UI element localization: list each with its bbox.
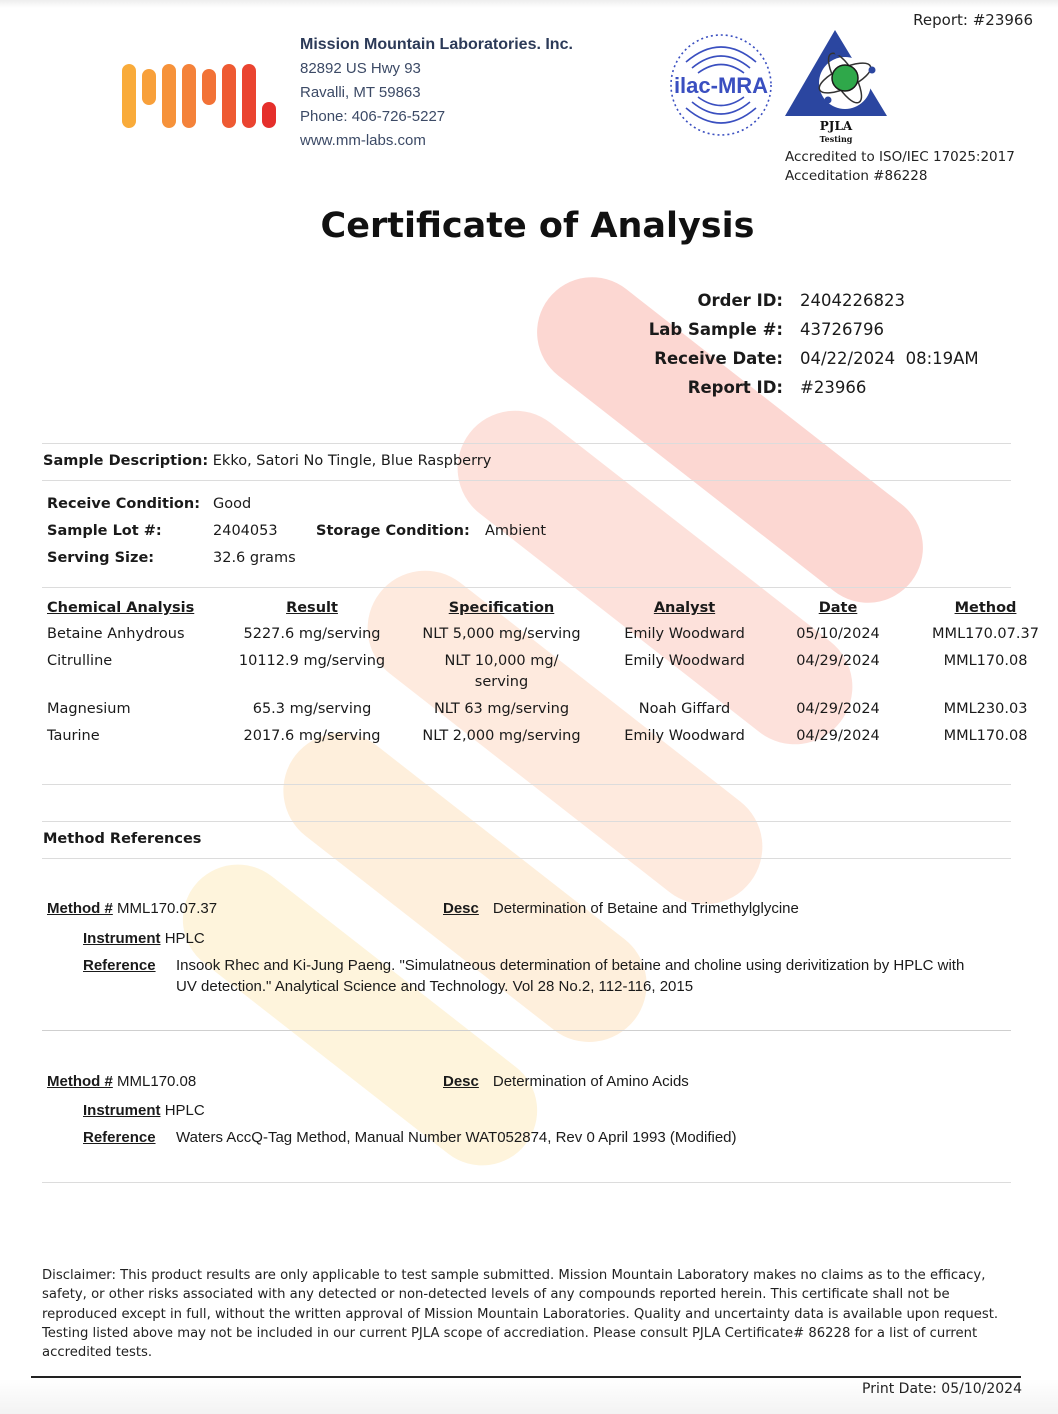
method-reference-label-wrap: Reference — [83, 1129, 156, 1146]
analyte-date: 04/29/2024 — [763, 699, 913, 726]
accreditation-standard: Accredited to ISO/IEC 17025:2017 — [785, 148, 1015, 167]
divider — [42, 587, 1011, 588]
table-row: Magnesium 65.3 mg/serving NLT 63 mg/serv… — [42, 699, 1058, 726]
footer-rule — [31, 1376, 1021, 1378]
method-desc: DescDetermination of Amino Acids — [443, 1073, 689, 1090]
receive-date-value: 04/22/2024 08:19AM — [800, 349, 979, 368]
method-number-value: MML170.07.37 — [117, 900, 217, 917]
svg-text:PJLA: PJLA — [820, 119, 853, 133]
col-specification: Specification — [397, 600, 606, 624]
order-id-value: 2404226823 — [800, 291, 905, 310]
analyte-name: Betaine Anhydrous — [42, 624, 227, 651]
lab-sample-row: Lab Sample #: 43726796 — [640, 315, 979, 344]
analyte-specification: NLT 63 mg/serving — [397, 699, 606, 726]
analyte-method: MML230.03 — [913, 699, 1058, 726]
reference-value: Insook Rhec and Ki-Jung Paeng. "Simulatn… — [176, 955, 976, 997]
analyte-name: Magnesium — [42, 699, 227, 726]
sample-description-value: Ekko, Satori No Tingle, Blue Raspberry — [213, 453, 492, 469]
company-info: Mission Mountain Laboratories. Inc. 8289… — [300, 36, 573, 150]
col-method: Method — [913, 600, 1058, 624]
analyte-result: 2017.6 mg/serving — [227, 726, 397, 753]
method-number-value: MML170.08 — [117, 1073, 196, 1090]
print-date: Print Date: 05/10/2024 — [862, 1381, 1022, 1397]
method-number-label: Method # — [47, 900, 113, 917]
lab-sample-label: Lab Sample #: — [640, 320, 783, 339]
analyte-result: 10112.9 mg/serving — [227, 651, 397, 699]
analyte-result: 5227.6 mg/serving — [227, 624, 397, 651]
order-id-label: Order ID: — [640, 291, 783, 310]
method-references-heading: Method References — [43, 831, 201, 847]
reference-value: Waters AccQ-Tag Method, Manual Number WA… — [176, 1127, 976, 1148]
sample-description-label: Sample Description: — [43, 453, 208, 469]
report-id-value: #23966 — [800, 378, 866, 397]
receive-condition-value: Good — [213, 496, 251, 512]
company-phone: Phone: 406-726-5227 — [300, 107, 573, 126]
company-address-2: Ravalli, MT 59863 — [300, 83, 573, 102]
analyte-analyst: Emily Woodward — [606, 651, 763, 699]
divider — [42, 858, 1011, 859]
report-id-row: Report ID: #23966 — [640, 373, 979, 402]
company-name: Mission Mountain Laboratories. Inc. — [300, 36, 573, 54]
mml-logo-icon — [122, 60, 282, 132]
method-number: Method # MML170.07.37 — [47, 900, 217, 917]
receive-condition-label: Receive Condition: — [47, 496, 200, 512]
serving-size-value: 32.6 grams — [213, 550, 296, 566]
divider — [42, 784, 1011, 785]
report-id-label: Report ID: — [640, 378, 783, 397]
instrument-label: Instrument — [83, 1102, 161, 1119]
instrument-value: HPLC — [165, 930, 205, 947]
receive-date-row: Receive Date: 04/22/2024 08:19AM — [640, 344, 979, 373]
col-analyst: Analyst — [606, 600, 763, 624]
method-desc-label: Desc — [443, 1073, 479, 1090]
analyte-specification: NLT 5,000 mg/serving — [397, 624, 606, 651]
pjla-logo-icon: PJLA Testing — [783, 28, 893, 146]
divider — [42, 443, 1011, 444]
divider — [42, 480, 1011, 481]
instrument-label: Instrument — [83, 930, 161, 947]
method-desc: DescDetermination of Betaine and Trimeth… — [443, 900, 799, 917]
accreditation-info: Accredited to ISO/IEC 17025:2017 Accedit… — [785, 148, 1015, 186]
report-number: Report: #23966 — [913, 11, 1033, 29]
sample-lot-value: 2404053 — [213, 523, 278, 539]
disclaimer-text: Disclaimer: This product results are onl… — [42, 1266, 1027, 1362]
method-desc-value: Determination of Amino Acids — [493, 1073, 689, 1090]
svg-text:Testing: Testing — [820, 134, 853, 144]
divider — [42, 1030, 1011, 1031]
analyte-date: 04/29/2024 — [763, 726, 913, 753]
reference-label: Reference — [83, 957, 156, 974]
analyte-specification: NLT 10,000 mg/ serving — [397, 651, 606, 699]
col-chemical-analysis: Chemical Analysis — [42, 600, 227, 624]
table-row: Betaine Anhydrous 5227.6 mg/serving NLT … — [42, 624, 1058, 651]
reference-label: Reference — [83, 1129, 156, 1146]
sample-description: Sample Description: Ekko, Satori No Ting… — [43, 453, 491, 469]
divider — [42, 821, 1011, 822]
analyte-date: 04/29/2024 — [763, 651, 913, 699]
ilac-mra-logo-icon: ilac-MRA — [668, 32, 774, 138]
chemical-analysis-table: Chemical Analysis Result Specification A… — [42, 600, 1058, 753]
method-desc-value: Determination of Betaine and Trimethylgl… — [493, 900, 799, 917]
identifiers-block: Order ID: 2404226823 Lab Sample #: 43726… — [640, 286, 979, 402]
serving-size-label: Serving Size: — [47, 550, 154, 566]
analyte-method: MML170.08 — [913, 726, 1058, 753]
lab-sample-value: 43726796 — [800, 320, 884, 339]
order-id-row: Order ID: 2404226823 — [640, 286, 979, 315]
storage-condition-value: Ambient — [485, 523, 546, 539]
analyte-specification: NLT 2,000 mg/serving — [397, 726, 606, 753]
company-address-1: 82892 US Hwy 93 — [300, 59, 573, 78]
analyte-analyst: Emily Woodward — [606, 726, 763, 753]
method-desc-label: Desc — [443, 900, 479, 917]
col-date: Date — [763, 600, 913, 624]
company-website: www.mm-labs.com — [300, 131, 573, 150]
table-header-row: Chemical Analysis Result Specification A… — [42, 600, 1058, 624]
table-row: Citrulline 10112.9 mg/serving NLT 10,000… — [42, 651, 1058, 699]
table-row: Taurine 2017.6 mg/serving NLT 2,000 mg/s… — [42, 726, 1058, 753]
method-reference-label-wrap: Reference — [83, 957, 156, 974]
sample-lot-label: Sample Lot #: — [47, 523, 162, 539]
analyte-analyst: Noah Giffard — [606, 699, 763, 726]
accreditation-number: Acceditation #86228 — [785, 167, 1015, 186]
analyte-date: 05/10/2024 — [763, 624, 913, 651]
analyte-method: MML170.07.37 — [913, 624, 1058, 651]
method-instrument: Instrument HPLC — [83, 930, 205, 947]
method-number: Method # MML170.08 — [47, 1073, 196, 1090]
method-number-label: Method # — [47, 1073, 113, 1090]
storage-condition-label: Storage Condition: — [316, 523, 470, 539]
analyte-result: 65.3 mg/serving — [227, 699, 397, 726]
analyte-analyst: Emily Woodward — [606, 624, 763, 651]
col-result: Result — [227, 600, 397, 624]
analyte-name: Citrulline — [42, 651, 227, 699]
divider — [42, 1182, 1011, 1183]
page-title: Certificate of Analysis — [0, 206, 1058, 246]
analyte-method: MML170.08 — [913, 651, 1058, 699]
analyte-name: Taurine — [42, 726, 227, 753]
method-instrument: Instrument HPLC — [83, 1102, 205, 1119]
receive-date-label: Receive Date: — [640, 349, 783, 368]
page-top-shadow — [0, 0, 1058, 8]
instrument-value: HPLC — [165, 1102, 205, 1119]
svg-text:ilac-MRA: ilac-MRA — [674, 73, 768, 98]
